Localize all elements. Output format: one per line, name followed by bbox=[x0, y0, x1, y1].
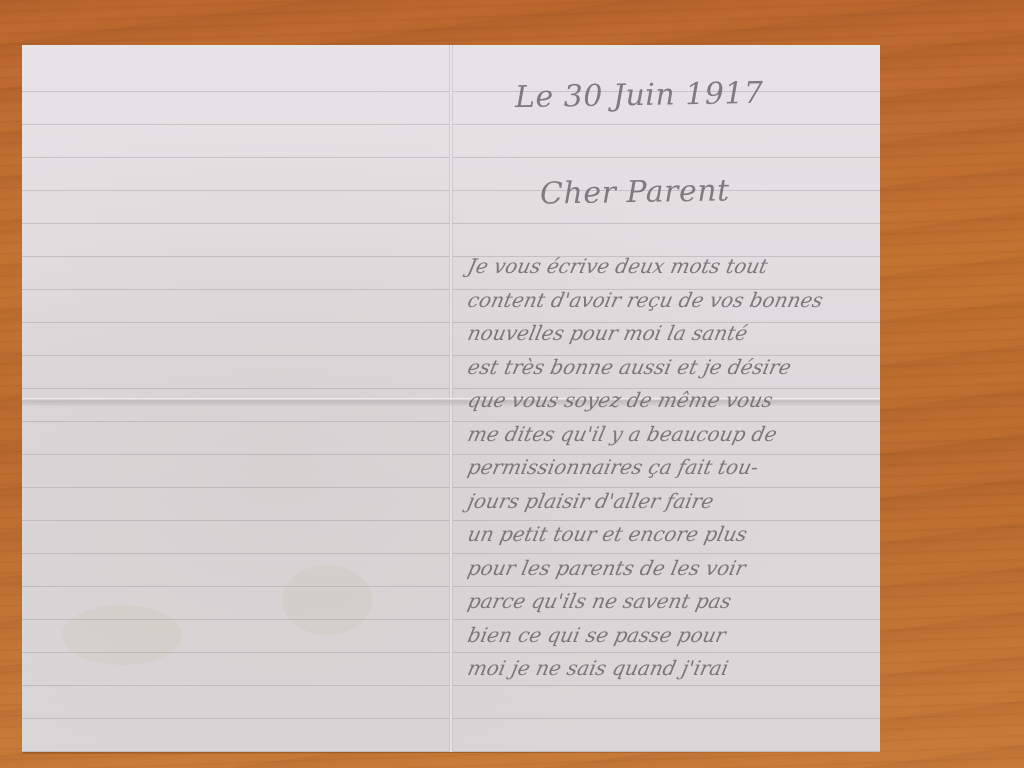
letter-line: parce qu'ils ne savent pas bbox=[464, 585, 881, 619]
letter-line: permissionnaires ça fait tou- bbox=[464, 451, 881, 485]
letter-line: un petit tour et encore plus bbox=[464, 518, 881, 552]
letter-line: nouvelles pour moi la santé bbox=[464, 317, 881, 351]
letter-line: moi je ne sais quand j'irai bbox=[464, 652, 881, 686]
letter-line: est très bonne aussi et je désire bbox=[464, 351, 881, 385]
letter-line: me dites qu'il y a beaucoup de bbox=[464, 418, 881, 452]
letter-body: Je vous écrive deux mots tout content d'… bbox=[468, 250, 878, 686]
paper-stain bbox=[62, 605, 182, 665]
letter-salutation: Cher Parent bbox=[540, 173, 730, 211]
letter-line: bien ce qui se passe pour bbox=[464, 619, 881, 653]
letter-line: pour les parents de les voir bbox=[464, 552, 881, 586]
letter-line: Je vous écrive deux mots tout bbox=[464, 250, 881, 284]
paper-stain bbox=[282, 565, 372, 635]
letter-line: content d'avoir reçu de vos bonnes bbox=[464, 284, 881, 318]
letter-date: Le 30 Juin 1917 bbox=[515, 76, 764, 115]
letter-line: jours plaisir d'aller faire bbox=[464, 485, 881, 519]
letter-line: que vous soyez de même vous bbox=[464, 384, 881, 418]
